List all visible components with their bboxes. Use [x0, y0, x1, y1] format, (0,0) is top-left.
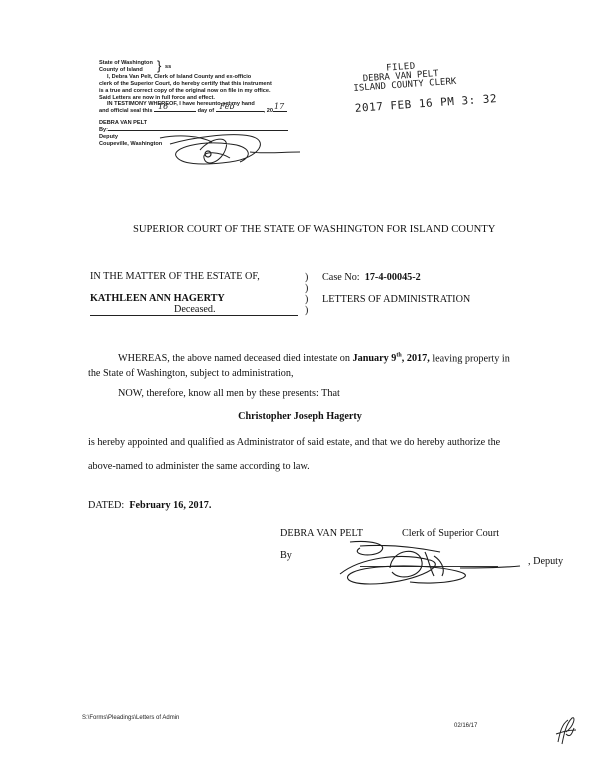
whereas-line-1: WHEREAS, the above named deceased died i… — [88, 351, 558, 364]
brace-icon: } — [157, 60, 161, 72]
document-title: LETTERS OF ADMINISTRATION — [322, 294, 542, 305]
cert-clerk-name: DEBRA VAN PELT — [99, 120, 329, 127]
cert-ss: ss — [165, 64, 171, 71]
cert-text-line: Said Letters are now in full force and e… — [99, 95, 329, 102]
court-title: SUPERIOR COURT OF THE STATE OF WASHINGTO… — [133, 224, 495, 235]
initials-signature — [552, 716, 578, 746]
day-field: 16 — [154, 111, 196, 112]
deceased-label: Deceased. — [90, 304, 300, 315]
decedent-name: KATHLEEN ANN HAGERTY — [90, 293, 300, 304]
now-therefore-line: NOW, therefore, know all men by these pr… — [88, 389, 558, 399]
case-caption: IN THE MATTER OF THE ESTATE OF, KATHLEEN… — [90, 271, 300, 315]
deputy-label: , Deputy — [528, 556, 563, 567]
caption-parens: ) ) ) ) — [305, 272, 315, 316]
dated-value: February 16, 2017. — [129, 500, 211, 511]
month-field: Feb — [216, 111, 264, 112]
case-info: Case No: 17-4-00045-2 LETTERS OF ADMINIS… — [322, 272, 542, 305]
cert-county: County of Island — [99, 67, 329, 74]
cert-text-line: I, Debra Van Pelt, Clerk of Island Count… — [99, 74, 329, 81]
caption-rule — [90, 315, 298, 316]
administrator-name: Christopher Joseph Hagerty — [0, 412, 600, 422]
case-number: 17-4-00045-2 — [365, 272, 421, 283]
case-number-row: Case No: 17-4-00045-2 — [322, 272, 542, 283]
estate-matter: IN THE MATTER OF THE ESTATE OF, — [90, 271, 300, 293]
appointment-line-2: above-named to administer the same accor… — [88, 462, 558, 472]
deputy-signature — [330, 538, 530, 588]
cert-text-line: IN TESTIMONY WHEREOF, I have hereunto se… — [99, 101, 329, 108]
dated-line: DATED: February 16, 2017. — [88, 501, 558, 511]
cert-state: State of Washington — [99, 60, 329, 67]
filed-stamp: FILED DEBRA VAN PELT ISLAND COUNTY CLERK… — [352, 57, 505, 115]
appointment-line-1: is hereby appointed and qualified as Adm… — [88, 438, 558, 448]
clerk-signature-upper — [150, 128, 310, 178]
cert-seal-line: and official seal this 16 day of Feb, 20… — [99, 108, 329, 115]
footer-file-path: S:\Forms\Pleadings\Letters of Admin — [82, 715, 179, 721]
cert-text-line: is a true and correct copy of the origin… — [99, 88, 329, 95]
whereas-line-2: the State of Washington, subject to admi… — [88, 369, 558, 379]
year-field: 17 — [273, 111, 287, 112]
cert-text-line: clerk of the Superior Court, do hereby c… — [99, 81, 329, 88]
by-label: By — [280, 550, 292, 561]
footer-date: 02/16/17 — [454, 723, 477, 729]
